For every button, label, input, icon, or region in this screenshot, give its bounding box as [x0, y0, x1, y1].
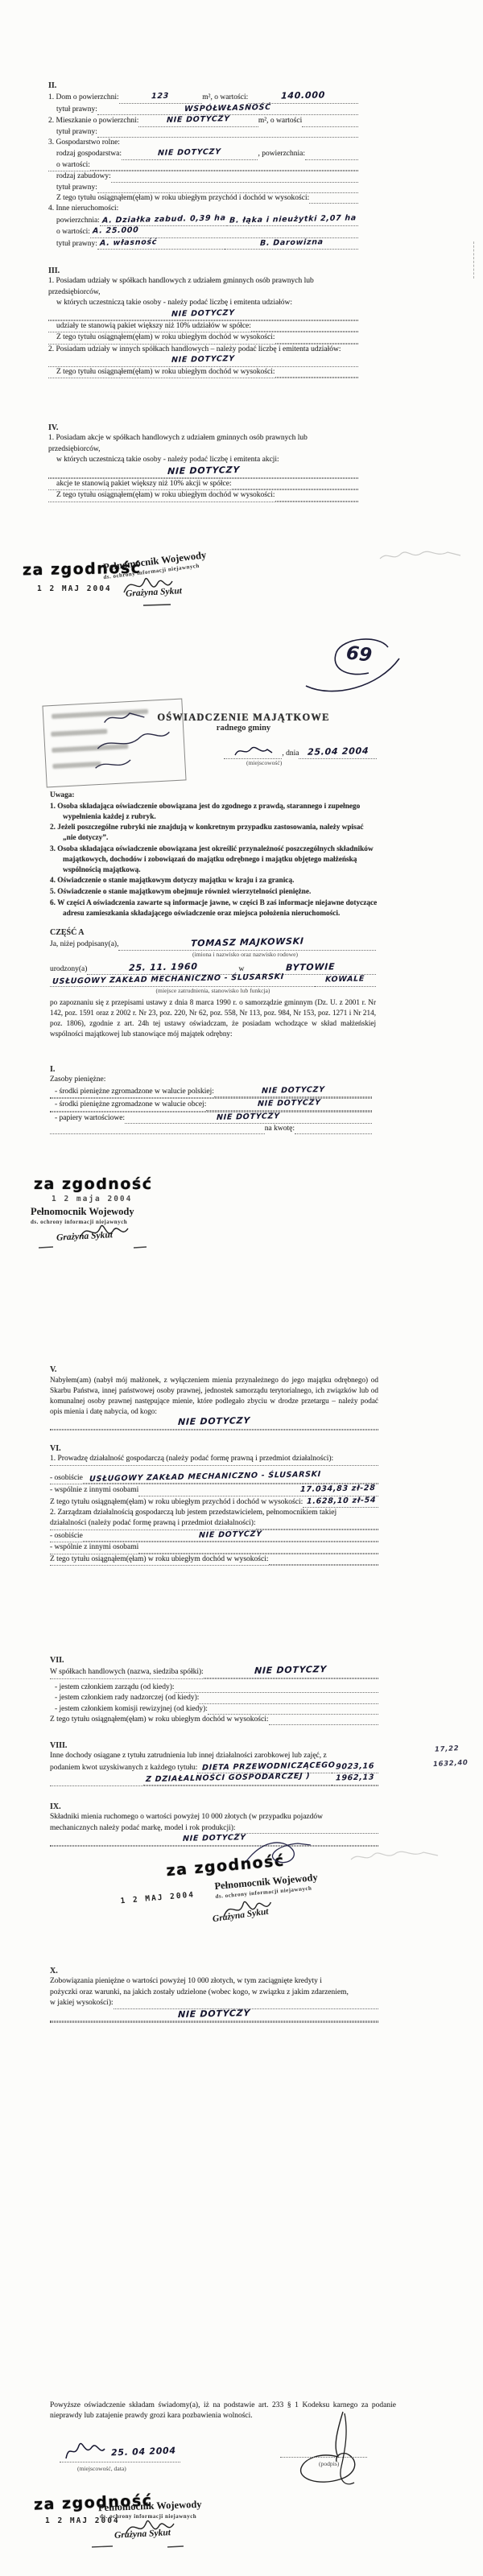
field-value — [175, 1692, 378, 1693]
form-line: tytuł prawny: — [48, 127, 358, 138]
form-line: na kwotę: — [50, 1124, 372, 1134]
za-zgodnosc-stamp: za zgodność — [34, 1175, 152, 1193]
paragraph: 1. Prowadzę działalność gospodarczą (nal… — [50, 1454, 378, 1464]
handwritten-value: B. łąka i nieużytki 2,07 ha — [229, 213, 357, 225]
document-title-block: OŚWIADCZENIE MAJĄTKOWE radnego gminy — [149, 712, 338, 733]
field-value — [50, 1678, 378, 1679]
uwaga-item: 2. Jeżeli poszczególne rubryki nie znajd… — [50, 823, 378, 844]
field-value: 1.628,10 zł-54 — [303, 1496, 378, 1508]
name-field: TOMASZ MAJKOWSKI — [118, 938, 376, 950]
field-label: 2. Mieszkanie o powierzchni: — [48, 116, 138, 126]
field-value: NIE DOTYCZY — [138, 115, 258, 126]
paragraph: przedsiębiorców, — [48, 287, 358, 298]
field-value: NIE DOTYCZY — [50, 2009, 378, 2021]
field-value — [50, 1133, 265, 1134]
handwritten-value: Z DZIAŁALNOŚCI GOSPODARCZEJ ) — [146, 1772, 311, 1784]
place-date-rule — [60, 2452, 180, 2462]
field-label: - jestem członkiem zarządu (od kiedy): — [50, 1682, 175, 1693]
section-vii-heading: VII. — [50, 1655, 378, 1666]
form-line: - wspólnie z innymi osobami 17.034,83 zł… — [50, 1484, 378, 1496]
form-line: W spółkach handlowych (nazwa, siedziba s… — [50, 1666, 378, 1678]
field-value: 123 — [119, 92, 203, 103]
form-line: - środki pieniężne zgromadzone w walucie… — [50, 1086, 372, 1097]
handwritten-place-scribble — [232, 745, 274, 758]
field-label: rodzaj zabudowy: — [48, 171, 111, 182]
field-label: - wspólnie z innymi osobami — [50, 1542, 138, 1553]
form-line: NIE DOTYCZY — [48, 309, 358, 320]
section-ii: II. 1. Dom o powierzchni: 123 m², o wart… — [48, 80, 358, 250]
handwritten-employment: USŁUGOWY ZAKŁAD MECHANICZNO - ŚLUSARSKI — [52, 972, 284, 986]
field-value: 1962,13 — [332, 1773, 378, 1785]
handwritten-value: NIE DOTYCZY — [254, 1665, 327, 1675]
field-label: mechanicznych należy podać markę, model … — [50, 1823, 236, 1834]
signature-rule — [280, 2447, 367, 2458]
field-value: NIE DOTYCZY — [214, 1086, 372, 1097]
field-label: W spółkach handlowych (nazwa, siedziba s… — [50, 1667, 204, 1678]
field-value: A. własność — [97, 238, 225, 250]
page-number: 69 — [345, 642, 374, 666]
paragraph: Zasoby pieniężne: — [50, 1075, 372, 1085]
field-label: 4. Inne nieruchomości: — [48, 204, 118, 214]
handwritten-amount: 9023,16 — [336, 1761, 375, 1771]
field-value — [48, 502, 358, 502]
field-hint: (miejsce zatrudnienia, stanowisko lub fu… — [50, 987, 376, 994]
field-value — [97, 137, 358, 138]
section-viii: VIII. Inne dochody osiągane z tytułu zat… — [50, 1740, 378, 1786]
field-value — [50, 1846, 378, 1847]
certification-stamp-2: za zgodność 1 2 maja 2004 Pełnomocnik Wo… — [31, 1175, 208, 1256]
handwritten-employment-place: KOWALE — [325, 975, 365, 985]
field-value: Z DZIAŁALNOŚCI GOSPODARCZEJ ) — [143, 1773, 332, 1785]
form-line: 2. Mieszkanie o powierzchni: NIE DOTYCZY… — [48, 115, 358, 126]
form-line: Z tego tytułu osiągnąłem(ęłam) w roku ub… — [48, 490, 358, 501]
section-i-heading: I. — [50, 1064, 372, 1075]
field-value: NIE DOTYCZY — [48, 309, 358, 320]
field-label: w których uczestniczą takie osoby - nale… — [48, 298, 292, 308]
certification-stamp-1: za zgodność 1 2 MAJ 2004 Pełnomocnik Woj… — [23, 555, 224, 620]
uwaga-item: 5. Oświadczenie o stanie majątkowym obej… — [50, 887, 378, 898]
form-line: rodzaj zabudowy: — [48, 171, 358, 182]
section-ix-heading: IX. — [50, 1802, 378, 1812]
form-line: - jestem członkiem rady nadzorczej (od k… — [50, 1693, 378, 1703]
field-label: - środki pieniężne zgromadzone w walucie… — [50, 1100, 206, 1110]
date-stamp: 1 2 maja 2004 — [52, 1195, 132, 1203]
handwritten-value: WSPÓŁWŁASNOŚĆ — [184, 103, 271, 114]
field-label: - papiery wartościowe: — [50, 1113, 125, 1124]
form-line: mechanicznych należy podać markę, model … — [50, 1823, 378, 1834]
field-value: A. 25.000 — [90, 226, 358, 237]
form-line: NIE DOTYCZY — [50, 2009, 378, 2021]
official-role-stamp: Pełnomocnik Wojewody — [98, 2499, 202, 2514]
handwritten-value: DIETA PRZEWODNICZĄCEGO — [202, 1761, 336, 1772]
field-label: o wartości: — [48, 227, 90, 237]
field-label: - jestem członkiem komisji rewizyjnej (o… — [50, 1704, 208, 1715]
form-line: tytuł prawny: — [48, 183, 358, 193]
field-label: Z tego tytułu osiągnąłem(ęłam) w roku ub… — [48, 367, 275, 378]
paragraph: Zobowiązania pieniężne o wartości powyże… — [50, 1976, 378, 1987]
uwaga-notes: Uwaga: 1. Osoba składająca oświadczenie … — [50, 791, 378, 920]
scanned-document: II. 1. Dom o powierzchni: 123 m², o wart… — [0, 0, 483, 2576]
field-value — [50, 1785, 378, 1786]
field-hint: (podpis) — [319, 2460, 339, 2467]
margin-note-amount: 1632,40 — [433, 1759, 469, 1769]
form-line: w jakiej wysokości): — [50, 1998, 378, 2008]
uwaga-item: 4. Oświadczenie o stanie majątkowym doty… — [50, 876, 378, 886]
official-role-stamp: Pełnomocnik Wojewody — [31, 1206, 134, 1218]
handwritten-value: NIE DOTYCZY — [167, 114, 230, 125]
handwritten-value: 140.000 — [281, 91, 326, 101]
field-label: w których uczestniczą takie osoby - nale… — [48, 455, 279, 465]
handwritten-value: NIE DOTYCZY — [178, 2008, 250, 2019]
form-line: - środki pieniężne zgromadzone w walucie… — [50, 1099, 372, 1110]
field-label: tytuł prawny: — [48, 105, 97, 115]
czesc-a: CZĘŚĆ A Ja, niżej podpisany(a), TOMASZ M… — [50, 927, 376, 1039]
form-line: - jestem członkiem zarządu (od kiedy): — [50, 1682, 378, 1693]
field-label: podaniem kwot uzyskiwanych z każdego tyt… — [50, 1763, 197, 1773]
field-value — [305, 159, 358, 160]
handwritten-value: USŁUGOWY ZAKŁAD MECHANICZNO - ŚLUSARSKI — [89, 1470, 321, 1484]
handwritten-value: NIE DOTYCZY — [158, 148, 221, 159]
field-value: USŁUGOWY ZAKŁAD MECHANICZNO - ŚLUSARSKI — [83, 1472, 378, 1484]
field-value: NIE DOTYCZY — [83, 1530, 378, 1542]
uwaga-item: 1. Osoba składająca oświadczenie obowiąz… — [50, 802, 378, 823]
field-label: tytuł prawny: — [48, 127, 97, 138]
form-line: NIE DOTYCZY — [48, 466, 358, 478]
form-line: Z tego tytułu osiągnąłem(ęłam) w roku ub… — [50, 1715, 378, 1725]
field-label: m², o wartości — [258, 116, 302, 126]
uwaga-heading: Uwaga: — [50, 791, 378, 801]
field-value — [111, 182, 358, 183]
form-line: Z tego tytułu osiągnąłem(ęłam) w roku ub… — [48, 332, 358, 343]
form-line: - jestem członkiem komisji rewizyjnej (o… — [50, 1704, 378, 1715]
place-field — [224, 745, 282, 759]
handwritten-value: NIE DOTYCZY — [258, 1098, 321, 1108]
form-line: w których uczestniczą takie osoby - nale… — [48, 455, 358, 465]
form-line: Z tego tytułu osiągnąłem(ęłam) w roku ub… — [50, 1554, 378, 1565]
field-value: NIE DOTYCZY — [125, 1113, 372, 1124]
field-label: rodzaj gospodarstwa: — [48, 149, 122, 159]
field-value: NIE DOTYCZY — [50, 1417, 378, 1429]
field-value: NIE DOTYCZY — [206, 1099, 372, 1110]
field-value — [50, 1430, 378, 1430]
section-v: V. Nabyłem(am) (nabył mój małżonek, z wy… — [50, 1364, 378, 1430]
field-label: Ja, niżej podpisany(a), — [50, 939, 118, 950]
handwritten-value: NIE DOTYCZY — [167, 465, 239, 476]
form-line: NIE DOTYCZY — [50, 1417, 378, 1429]
form-line: Z DZIAŁALNOŚCI GOSPODARCZEJ ) 1962,13 — [50, 1773, 378, 1785]
place-date-line: , dnia 25.04 2004 (miejscowość) — [224, 745, 377, 766]
scan-artifact — [473, 242, 474, 279]
handwritten-value: NIE DOTYCZY — [217, 1112, 280, 1122]
field-label: - wspólnie z innymi osobami — [50, 1485, 138, 1496]
document-subtitle: radnego gminy — [149, 724, 338, 733]
field-value: 140.000 — [248, 91, 358, 103]
field-label: - osobiście — [50, 1531, 83, 1542]
form-line: 4. Inne nieruchomości: — [48, 204, 358, 214]
handwritten-amount: 1.628,10 zł-54 — [306, 1496, 376, 1506]
date-field: 25.04 2004 — [299, 747, 377, 759]
certification-stamp-4: za zgodność 1 2 MAJ 2004 Pełnomocnik Woj… — [34, 2492, 235, 2557]
field-value — [309, 203, 358, 204]
section-viii-heading: VIII. — [50, 1740, 378, 1751]
paragraph: 1. Posiadam udziały w spółkach handlowyc… — [48, 276, 358, 287]
field-label: na kwotę: — [265, 1124, 295, 1134]
section-iv-heading: IV. — [48, 423, 358, 433]
legal-paragraph: po zapoznaniu się z przepisami ustawy z … — [50, 997, 376, 1039]
handwritten-value: A. Działka zabud. 0,39 ha — [102, 213, 226, 225]
section-iv: IV. 1. Posiadam akcje w spółkach handlow… — [48, 423, 358, 502]
handwritten-value: NIE DOTYCZY — [178, 1416, 250, 1426]
handwritten-date: 25.04 2004 — [307, 746, 369, 757]
form-line — [48, 378, 358, 378]
section-vii: VII. W spółkach handlowych (nazwa, siedz… — [50, 1655, 378, 1725]
uwaga-item: 3. Osoba składająca oświadczenie obowiąz… — [50, 844, 378, 875]
paragraph: Nabyłem(am) (nabył mój małżonek, z wyłąc… — [50, 1375, 378, 1417]
handwritten-value: A. własność — [100, 237, 158, 248]
form-line — [48, 502, 358, 502]
field-value — [48, 378, 358, 378]
field-label: m², o wartości: — [202, 93, 248, 103]
form-line: - papiery wartościowe: NIE DOTYCZY — [50, 1113, 372, 1124]
uwaga-item: 6. W części A oświadczenia zawarte są in… — [50, 898, 378, 919]
signature-underline — [90, 2544, 187, 2550]
field-value — [199, 1703, 378, 1704]
paragraph: przedsiębiorców, — [48, 444, 358, 455]
field-label: 3. Gospodarstwo rolne: — [48, 138, 120, 148]
date-stamp: 1 2 MAJ 2004 — [120, 1890, 195, 1905]
section-x-heading: X. — [50, 1966, 378, 1976]
section-iii-heading: III. — [48, 266, 358, 276]
paragraph: 2. Zarządzam działalnością gospodarczą l… — [50, 1508, 378, 1518]
handwritten-value: NIE DOTYCZY — [199, 1529, 262, 1540]
form-line: USŁUGOWY ZAKŁAD MECHANICZNO - ŚLUSARSKI … — [50, 975, 376, 986]
field-label: udziały te stanowią pakiet większy niż 1… — [48, 321, 251, 332]
section-ix: IX. Składniki mienia ruchomego o wartośc… — [50, 1802, 378, 1847]
field-value: NIE DOTYCZY — [204, 1666, 378, 1678]
form-line: tytuł prawny: WSPÓŁWŁASNOŚĆ — [48, 104, 358, 115]
field-label: Z tego tytułu osiągnąłem(ęłam) w roku ub… — [50, 1715, 269, 1725]
field-hint: (miejscowość) — [224, 759, 377, 766]
field-label: Z tego tytułu osiągnąłem(ęłam) w roku ub… — [48, 193, 309, 204]
section-x: X. Zobowiązania pieniężne o wartości pow… — [50, 1966, 378, 2023]
field-value: A. Działka zabud. 0,39 ha — [100, 215, 228, 226]
field-value: B. łąka i nieużytki 2,07 ha — [227, 215, 358, 226]
form-line: o wartości: — [48, 160, 358, 171]
margin-note-amount: 17,22 — [435, 1744, 460, 1755]
form-line: Z tego tytułu osiągnąłem(ęłam) w roku ub… — [50, 1496, 378, 1508]
field-value — [50, 1465, 378, 1466]
form-line: Ja, niżej podpisany(a), TOMASZ MAJKOWSKI — [50, 938, 376, 950]
form-line: działalności (należy podać formę prawną … — [50, 1518, 378, 1529]
field-label: powierzchnia: — [48, 216, 100, 226]
field-label: , dnia — [282, 749, 299, 759]
handwritten-value: NIE DOTYCZY — [182, 1833, 246, 1843]
pencil-note — [348, 1845, 444, 1869]
field-hint: (imiona i nazwisko oraz nazwisko rodowe) — [50, 951, 376, 958]
field-label: Z tego tytułu osiągnąłem(ęłam) w roku ub… — [50, 1554, 269, 1565]
form-line: NIE DOTYCZY — [48, 355, 358, 366]
employment-field2: KOWALE — [315, 975, 376, 986]
form-line: NIE DOTYCZY — [50, 1834, 378, 1845]
form-line: powierzchnia: A. Działka zabud. 0,39 ha … — [48, 215, 358, 226]
paragraph: Składniki mienia ruchomego o wartości po… — [50, 1812, 378, 1823]
field-label: Z tego tytułu osiągnąłem(ęłam) w roku ub… — [48, 490, 275, 501]
section-i: I. Zasoby pieniężne: - środki pieniężne … — [50, 1064, 372, 1134]
handwritten-swirl — [242, 1837, 314, 1869]
field-value: NIE DOTYCZY — [122, 148, 258, 159]
form-line: tytuł prawny: A. własność B. Darowizna — [48, 238, 358, 250]
field-hint: (miejscowość, data) — [77, 2465, 126, 2472]
form-line: akcje te stanowią pakiet większy niż 10%… — [48, 479, 358, 489]
signature-underline — [142, 602, 174, 609]
field-label: , powierzchnia: — [258, 149, 305, 159]
form-line: w których uczestniczą takie osoby - nale… — [48, 298, 358, 308]
field-label: urodzony(a) — [50, 964, 87, 975]
field-value: NIE DOTYCZY — [48, 466, 358, 478]
form-line: rodzaj gospodarstwa: NIE DOTYCZY , powie… — [48, 148, 358, 159]
pencil-note — [377, 546, 465, 567]
field-value — [50, 2022, 378, 2023]
field-value — [50, 1565, 378, 1566]
field-label: w jakiej wysokości): — [50, 1998, 114, 2008]
employment-field: USŁUGOWY ZAKŁAD MECHANICZNO - ŚLUSARSKI — [50, 975, 315, 986]
handwritten-value: NIE DOTYCZY — [171, 354, 235, 365]
field-label: 1. Dom o powierzchni: — [48, 93, 119, 103]
form-line: - osobiście NIE DOTYCZY — [50, 1530, 378, 1542]
handwritten-birthplace: BYTOWIE — [285, 962, 335, 972]
section-vi-heading: VI. — [50, 1443, 378, 1454]
handwritten-value: A. 25.000 — [93, 226, 139, 236]
handwritten-amount: 1962,13 — [336, 1773, 375, 1783]
field-value: WSPÓŁWŁASNOŚĆ — [97, 104, 358, 115]
field-label: tytuł prawny: — [48, 239, 97, 250]
field-label: akcje te stanowią pakiet większy niż 10%… — [48, 479, 232, 489]
handwritten-amount: 17.034,83 zł-28 — [300, 1484, 376, 1494]
form-line: 1. Dom o powierzchni: 123 m², o wartości… — [48, 91, 358, 103]
field-value — [302, 126, 358, 127]
field-value: NIE DOTYCZY — [50, 1834, 378, 1845]
field-label: - osobiście — [50, 1473, 83, 1484]
field-label: - jestem członkiem rady nadzorczej (od k… — [50, 1693, 199, 1703]
paragraph: 1. Posiadam akcje w spółkach handlowych … — [48, 433, 358, 444]
handwritten-value: NIE DOTYCZY — [261, 1085, 324, 1096]
form-line: - osobiście USŁUGOWY ZAKŁAD MECHANICZNO … — [50, 1472, 378, 1484]
section-iii: III. 1. Posiadam udziały w spółkach hand… — [48, 266, 358, 378]
field-label: działalności (należy podać formę prawną … — [50, 1518, 256, 1529]
handwritten-value: B. Darowizna — [259, 237, 323, 248]
field-label: tytuł prawny: — [48, 183, 97, 193]
field-value: 9023,16 — [332, 1762, 378, 1773]
section-vi: VI. 1. Prowadzę działalność gospodarczą … — [50, 1443, 378, 1566]
section-v-heading: V. — [50, 1364, 378, 1375]
date-stamp: 1 2 MAJ 2004 — [37, 584, 112, 593]
form-line: Z tego tytułu osiągnąłem(ęłam) w roku ub… — [48, 367, 358, 378]
handwritten-name: TOMASZ MAJKOWSKI — [191, 937, 304, 948]
page-number-mark: 69 — [304, 636, 401, 700]
field-label: Z tego tytułu osiągnąłem(ęłam) w roku ub… — [50, 1497, 303, 1508]
form-line: - wspólnie z innymi osobami — [50, 1542, 378, 1553]
form-line: udziały te stanowią pakiet większy niż 1… — [48, 321, 358, 332]
field-value: B. Darowizna — [225, 238, 358, 250]
handwritten-birthdate: 25. 11. 1960 — [128, 962, 197, 972]
handwritten-value: 123 — [151, 92, 169, 101]
form-line: 3. Gospodarstwo rolne: — [48, 138, 358, 148]
form-line: podaniem kwot uzyskiwanych z każdego tyt… — [50, 1762, 378, 1773]
handwritten-value: NIE DOTYCZY — [171, 308, 235, 319]
field-value — [269, 1724, 379, 1725]
signature-underline — [37, 1245, 150, 1251]
czesc-a-heading: CZĘŚĆ A — [50, 927, 376, 938]
field-value — [295, 1133, 372, 1134]
paragraph: pożyczki oraz warunki, na jakich zostały… — [50, 1988, 378, 1998]
field-value: 17.034,83 zł-28 — [138, 1484, 378, 1496]
field-value: NIE DOTYCZY — [48, 355, 358, 366]
field-label: Z tego tytułu osiągnąłem(ęłam) w roku ub… — [48, 332, 275, 343]
form-line: o wartości: A. 25.000 — [48, 226, 358, 237]
field-label: - środki pieniężne zgromadzone w walucie… — [50, 1087, 214, 1097]
form-line: Z tego tytułu osiągnąłem(ęłam) w roku ub… — [48, 193, 358, 204]
document-title: OŚWIADCZENIE MAJĄTKOWE — [149, 712, 338, 724]
field-label: o wartości: — [48, 160, 90, 171]
paragraph: 2. Posiadam udziały w innych spółkach ha… — [48, 345, 358, 355]
